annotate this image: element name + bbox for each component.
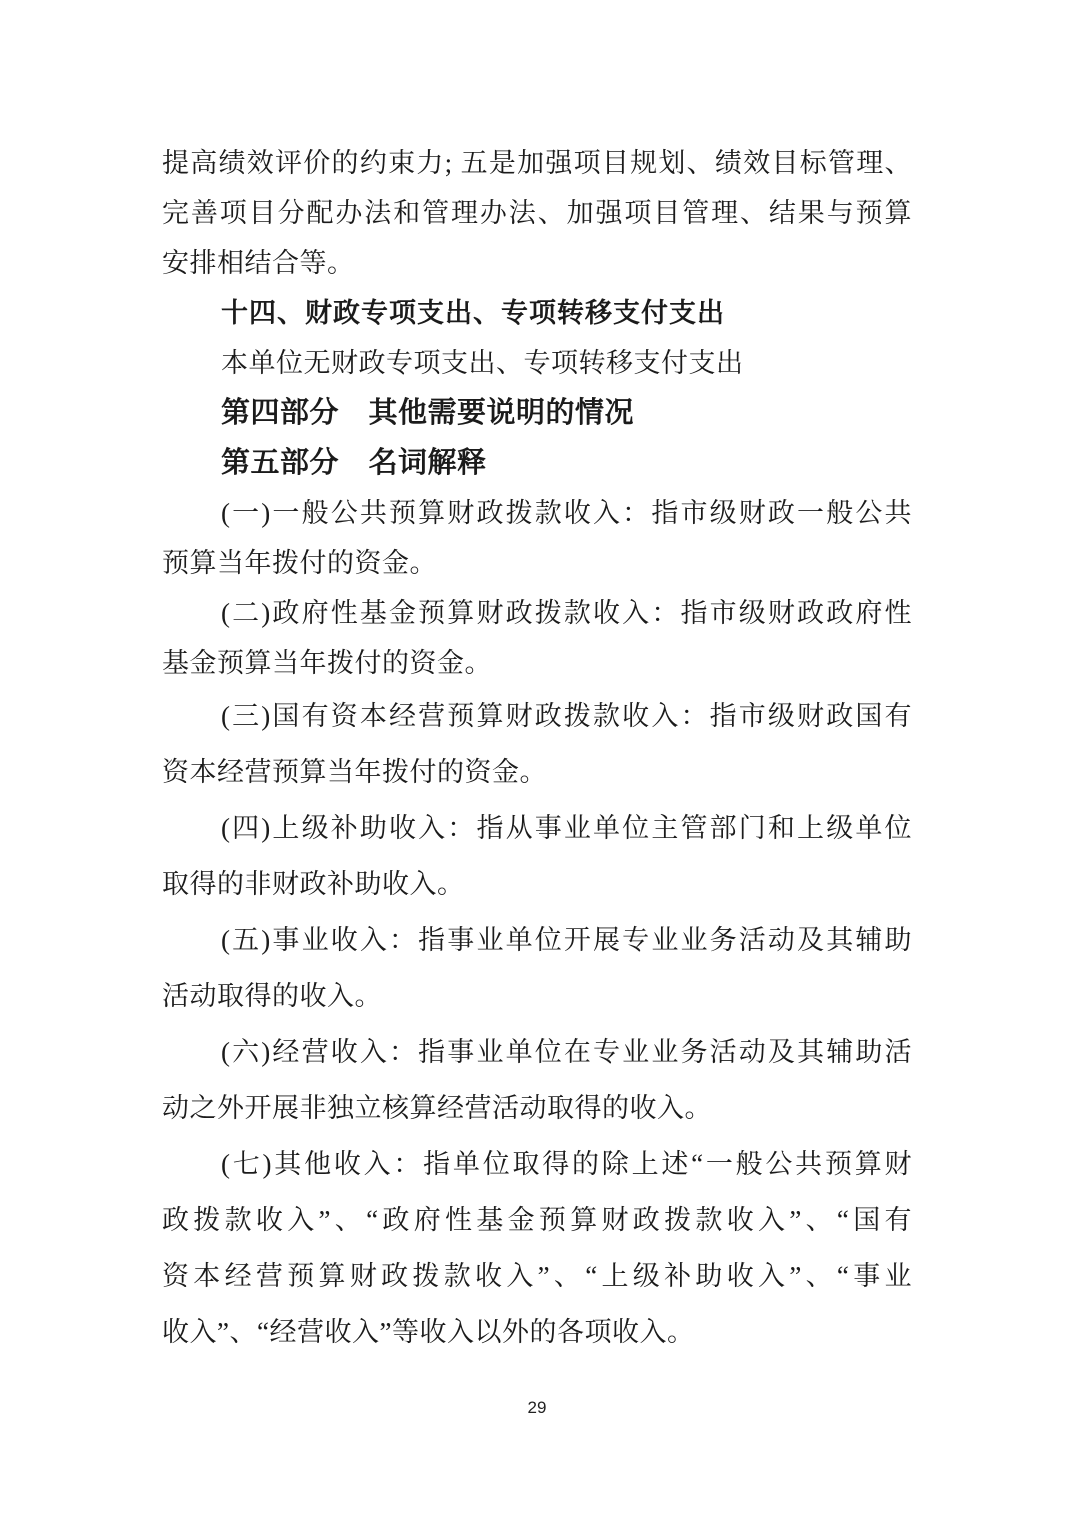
document-page: 提高绩效评价的约束力; 五是加强项目规划、绩效目标管理、 完善项目分配办法和管理…	[0, 0, 1074, 1520]
definition-line-6: (六)经营收入：指事业单位在专业业务活动及其辅助活	[162, 1024, 912, 1080]
heading-part-4: 第四部分 其他需要说明的情况	[162, 388, 912, 438]
definition-line-5-cont: 活动取得的收入。	[162, 968, 912, 1024]
paragraph-line: 安排相结合等。	[162, 238, 912, 288]
definition-line-4: (四)上级补助收入：指从事业单位主管部门和上级单位	[162, 800, 912, 856]
definition-line-1-cont: 预算当年拨付的资金。	[162, 538, 912, 588]
paragraph-line: 本单位无财政专项支出、专项转移支付支出	[162, 338, 912, 388]
definition-line-7-cont: 政拨款收入”、“政府性基金预算财政拨款收入”、“国有	[162, 1192, 912, 1248]
definition-line-6-cont: 动之外开展非独立核算经营活动取得的收入。	[162, 1080, 912, 1136]
page-number: 29	[0, 1398, 1074, 1418]
paragraph-line: 提高绩效评价的约束力; 五是加强项目规划、绩效目标管理、	[162, 138, 912, 188]
definition-line-4-cont: 取得的非财政补助收入。	[162, 856, 912, 912]
paragraph-line: 完善项目分配办法和管理办法、加强项目管理、结果与预算	[162, 188, 912, 238]
heading-part-5: 第五部分 名词解释	[162, 438, 912, 488]
definition-line-1: (一)一般公共预算财政拨款收入：指市级财政一般公共	[162, 488, 912, 538]
heading-section-14: 十四、财政专项支出、专项转移支付支出	[162, 288, 912, 338]
definition-line-2-cont: 基金预算当年拨付的资金。	[162, 638, 912, 688]
definition-line-7-cont: 资本经营预算财政拨款收入”、“上级补助收入”、“事业	[162, 1248, 912, 1304]
definition-line-3: (三)国有资本经营预算财政拨款收入：指市级财政国有	[162, 688, 912, 744]
definition-line-3-cont: 资本经营预算当年拨付的资金。	[162, 744, 912, 800]
definition-line-7: (七)其他收入：指单位取得的除上述“一般公共预算财	[162, 1136, 912, 1192]
definition-line-2: (二)政府性基金预算财政拨款收入：指市级财政政府性	[162, 588, 912, 638]
definition-line-5: (五)事业收入：指事业单位开展专业业务活动及其辅助	[162, 912, 912, 968]
definition-line-7-cont: 收入”、“经营收入”等收入以外的各项收入。	[162, 1304, 912, 1360]
document-body: 提高绩效评价的约束力; 五是加强项目规划、绩效目标管理、 完善项目分配办法和管理…	[162, 138, 912, 1360]
